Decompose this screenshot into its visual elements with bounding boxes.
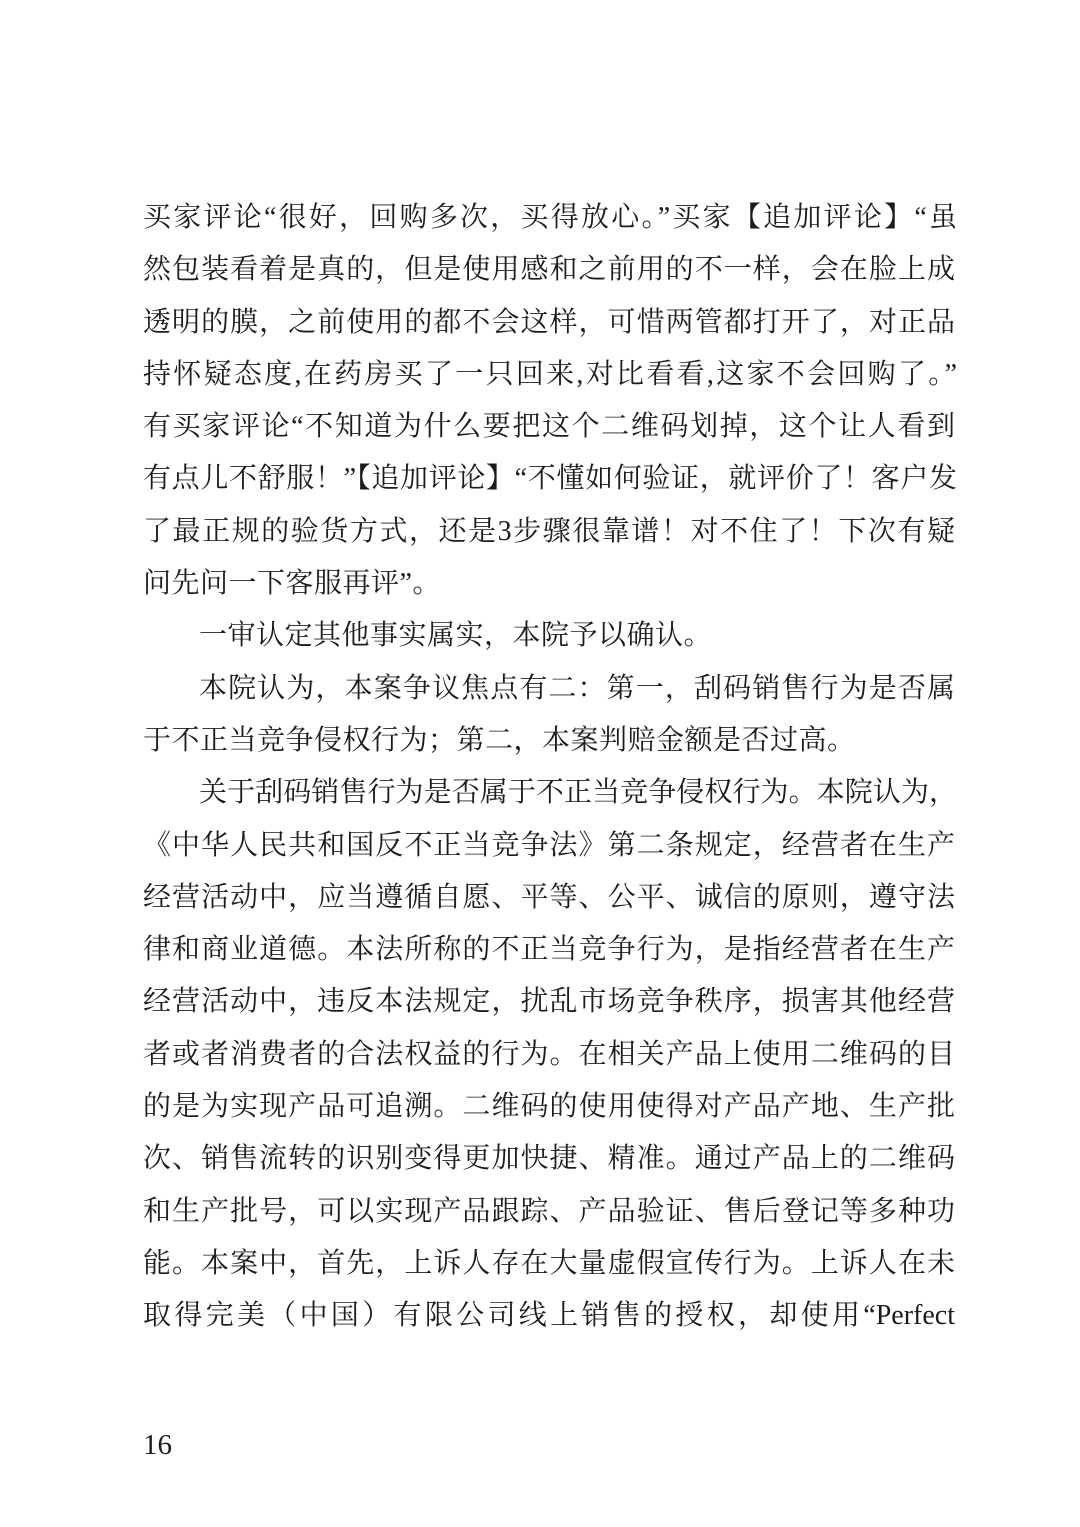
text-line: 有买家评论“不知道为什么要把这个二维码划掉，这个让人看到 xyxy=(143,401,955,453)
text-line: 持怀疑态度,在药房买了一只回来,对比看看,这家不会回购了。” xyxy=(143,349,955,401)
text-line: 者或者消费者的合法权益的行为。在相关产品上使用二维码的目 xyxy=(143,1029,955,1081)
text-line: 经营活动中，应当遵循自愿、平等、公平、诚信的原则，遵守法 xyxy=(143,872,955,924)
text-line paragraph-start: 关于刮码销售行为是否属于不正当竞争侵权行为。本院认为， xyxy=(143,767,955,819)
text-line: 律和商业道德。本法所称的不正当竞争行为，是指经营者在生产 xyxy=(143,924,955,976)
text-line: 《中华人民共和国反不正当竞争法》第二条规定，经营者在生产 xyxy=(143,820,955,872)
judgment-text-block: 买家评论“很好，回购多次，买得放心。”买家【追加评论】“虽 然包装看着是真的，但… xyxy=(143,192,955,1343)
text-line: 经营活动中，违反本法规定，扰乱市场竞争秩序，损害其他经营 xyxy=(143,976,955,1028)
text-line: 然包装看着是真的，但是使用感和之前用的不一样，会在脸上成 xyxy=(143,244,955,296)
text-line: 能。本案中，首先，上诉人存在大量虚假宣传行为。上诉人在未 xyxy=(143,1238,955,1290)
text-line: 的是为实现产品可追溯。二维码的使用使得对产品产地、生产批 xyxy=(143,1081,955,1133)
text-line paragraph-start: 本院认为，本案争议焦点有二：第一，刮码销售行为是否属 xyxy=(143,663,955,715)
text-line: 买家评论“很好，回购多次，买得放心。”买家【追加评论】“虽 xyxy=(143,192,955,244)
text-line: 于不正当竞争侵权行为；第二，本案判赔金额是否过高。 xyxy=(143,715,955,767)
text-line paragraph-start: 一审认定其他事实属实，本院予以确认。 xyxy=(143,610,955,662)
page-number: 16 xyxy=(143,1419,172,1471)
text-line: 次、销售流转的识别变得更加快捷、精准。通过产品上的二维码 xyxy=(143,1133,955,1185)
text-line: 问先问一下客服再评”。 xyxy=(143,558,955,610)
document-page: 买家评论“很好，回购多次，买得放心。”买家【追加评论】“虽 然包装看着是真的，但… xyxy=(0,0,1080,1527)
text-line: 取得完美（中国）有限公司线上销售的授权，却使用“Perfect xyxy=(143,1290,955,1342)
text-line: 和生产批号，可以实现产品跟踪、产品验证、售后登记等多种功 xyxy=(143,1186,955,1238)
text-line: 了最正规的验货方式，还是3步骤很靠谱！对不住了！下次有疑 xyxy=(143,506,955,558)
text-line: 透明的膜，之前使用的都不会这样，可惜两管都打开了，对正品 xyxy=(143,297,955,349)
text-line: 有点儿不舒服！”【追加评论】“不懂如何验证，就评价了！客户发 xyxy=(143,453,955,505)
